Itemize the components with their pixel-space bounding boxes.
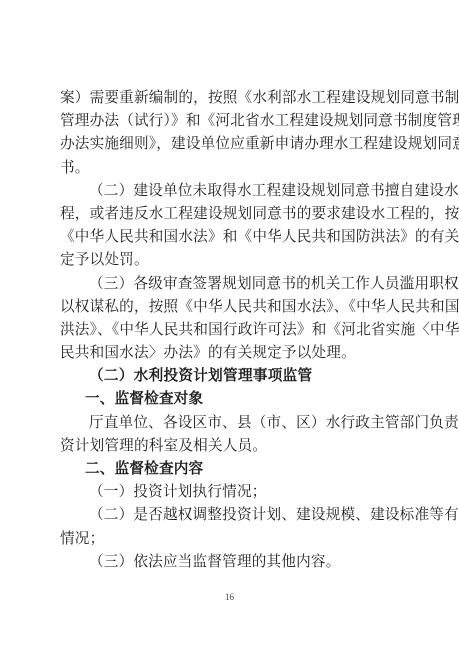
text-line: （二）是否越权调整投资计划、建设规模、建设标准等有关 xyxy=(60,503,402,526)
text-line: 以权谋私的，按照《中华人民共和国水法》、《中华人民共和国防 xyxy=(60,295,402,318)
text-line: 案）需要重新编制的，按照《水利部水工程建设规划同意书制度 xyxy=(60,86,402,109)
text-line: 民共和国水法〉办法》的有关规定予以处理。 xyxy=(60,341,402,364)
text-line: （二）建设单位未取得水工程建设规划同意书擅自建设水工 xyxy=(60,179,402,202)
paragraph-abuse-of-power: （三）各级审查签署规划同意书的机关工作人员滥用职权、 以权谋私的，按照《中华人民… xyxy=(60,272,402,365)
sub-heading-inspection-targets: 一、监督检查对象 xyxy=(60,387,402,410)
text-line: （三）各级审查签署规划同意书的机关工作人员滥用职权、 xyxy=(60,272,402,295)
paragraph-item-3: （三）依法应当监督管理的其他内容。 xyxy=(60,550,402,573)
text-line: 管理办法（试行）》和《河北省水工程建设规划同意书制度管理 xyxy=(60,109,402,132)
paragraph-item-1: （一）投资计划执行情况； xyxy=(60,480,402,503)
section-heading: （二）水利投资计划管理事项监管 xyxy=(60,364,402,387)
text-line: 定予以处罚。 xyxy=(60,248,402,271)
paragraph-continuation: 案）需要重新编制的，按照《水利部水工程建设规划同意书制度 管理办法（试行）》和《… xyxy=(60,86,402,179)
text-line: 情况； xyxy=(60,527,402,550)
document-body: 案）需要重新编制的，按照《水利部水工程建设规划同意书制度 管理办法（试行）》和《… xyxy=(60,86,402,573)
sub-heading-inspection-content: 二、监督检查内容 xyxy=(60,457,402,480)
page-number: 16 xyxy=(0,592,459,602)
text-line: （一）投资计划执行情况； xyxy=(60,480,402,503)
paragraph-item-2: （二）是否越权调整投资计划、建设规模、建设标准等有关 情况； xyxy=(60,503,402,549)
paragraph-inspection-targets: 厅直单位、各设区市、县（市、区）水行政主管部门负责投 资计划管理的科室及相关人员… xyxy=(60,411,402,457)
text-line: 资计划管理的科室及相关人员。 xyxy=(60,434,402,457)
document-page: 案）需要重新编制的，按照《水利部水工程建设规划同意书制度 管理办法（试行）》和《… xyxy=(0,0,459,650)
text-line: 办法实施细则》，建设单位应重新申请办理水工程建设规划同意 xyxy=(60,132,402,155)
text-line: 洪法》、《中华人民共和国行政许可法》和《河北省实施〈中华人 xyxy=(60,318,402,341)
text-line: 《中华人民共和国水法》和《中华人民共和国防洪法》的有关规 xyxy=(60,225,402,248)
text-line: 程，或者违反水工程建设规划同意书的要求建设水工程的，按照 xyxy=(60,202,402,225)
text-line: 厅直单位、各设区市、县（市、区）水行政主管部门负责投 xyxy=(60,411,402,434)
text-line: 书。 xyxy=(60,156,402,179)
text-line: （三）依法应当监督管理的其他内容。 xyxy=(60,550,402,573)
paragraph-unauthorized-construction: （二）建设单位未取得水工程建设规划同意书擅自建设水工 程，或者违反水工程建设规划… xyxy=(60,179,402,272)
